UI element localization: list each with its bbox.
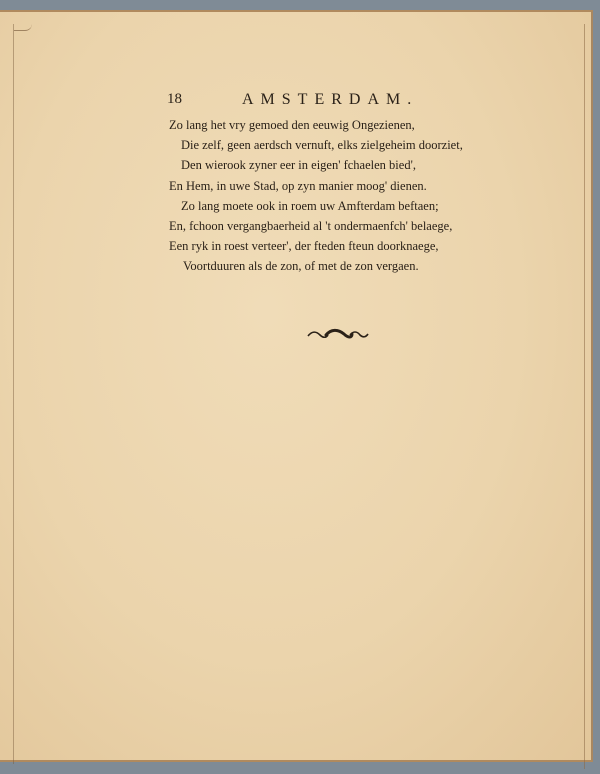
gutter-crease bbox=[13, 24, 14, 764]
page-right-edge bbox=[584, 24, 585, 769]
running-title: AMSTERDAM. bbox=[242, 91, 418, 109]
poem-line: Zo lang moete ook in roem uw Amfterdam b… bbox=[169, 196, 509, 216]
poem-stanza: Zo lang het vry gemoed den eeuwig Ongezi… bbox=[169, 115, 509, 277]
poem-line: Den wierook zyner eer in eigen' fchaelen… bbox=[169, 155, 509, 175]
page-corner-wear bbox=[14, 24, 32, 31]
poem-line: Die zelf, geen aerdsch vernuft, elks zie… bbox=[169, 135, 509, 155]
poem-line: En, fchoon vergangbaerheid al 't onderma… bbox=[169, 216, 509, 236]
poem-line: Een ryk in roest verteer', der fteden ft… bbox=[169, 236, 509, 256]
book-page: 18 AMSTERDAM. Zo lang het vry gemoed den… bbox=[0, 10, 593, 762]
poem-line: En Hem, in uwe Stad, op zyn manier moog'… bbox=[169, 176, 509, 196]
poem-line: Voortduuren als de zon, of met de zon ve… bbox=[169, 256, 509, 276]
page-header: 18 AMSTERDAM. bbox=[167, 91, 467, 113]
page-number: 18 bbox=[167, 91, 182, 108]
tilde-swash-ornament-icon bbox=[306, 326, 370, 344]
poem-line: Zo lang het vry gemoed den eeuwig Ongezi… bbox=[169, 115, 509, 135]
